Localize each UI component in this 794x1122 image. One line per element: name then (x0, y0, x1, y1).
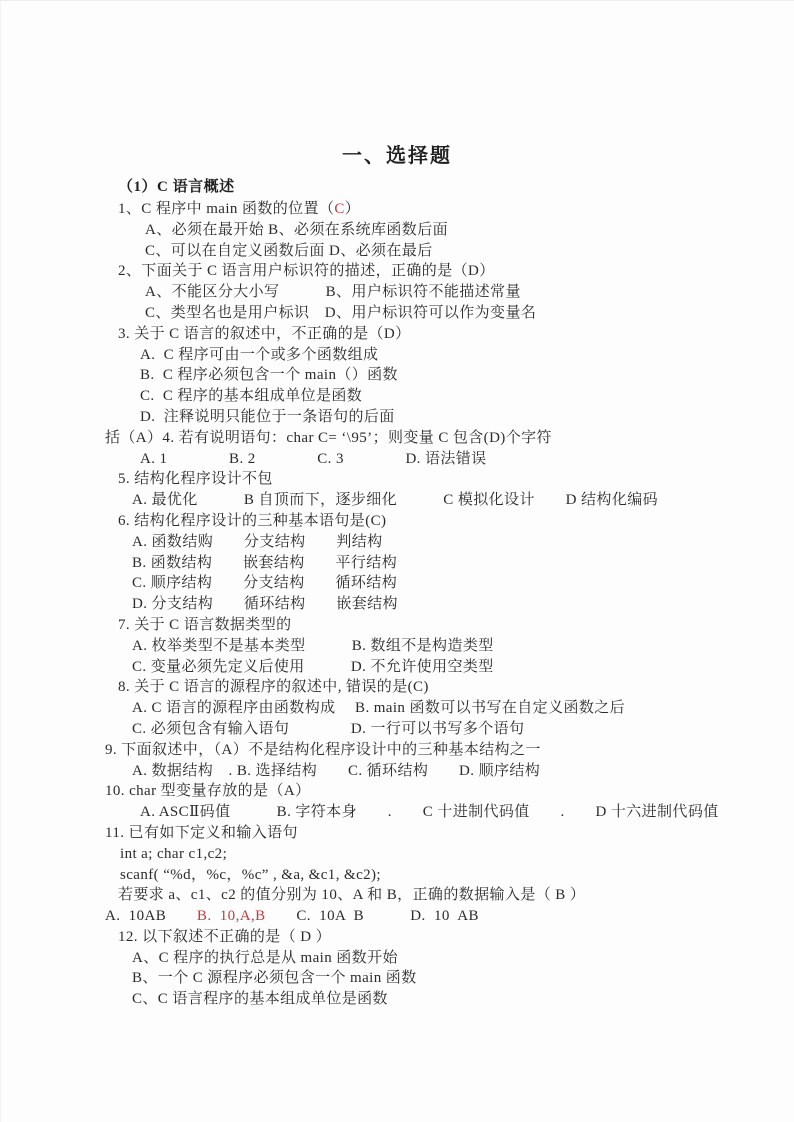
document-line: 7. 关于 C 语言数据类型的 (118, 615, 762, 636)
document-line: A. C 语言的源程序由函数构成 B. main 函数可以书写在自定义函数之后 (132, 698, 762, 719)
document-line: A、必须在最开始 B、必须在系统库函数后面 (145, 220, 762, 241)
document-line: A. 10AB B. 10,A,B C. 10A B D. 10 AB (105, 906, 762, 927)
document-line: 10. char 型变量存放的是（A） (105, 781, 762, 802)
document-line: A、C 程序的执行总是从 main 函数开始 (132, 948, 762, 969)
section-heading: （1）C 语言概述 (118, 177, 762, 198)
document-line: A. C 程序可由一个或多个函数组成 (140, 345, 762, 366)
line-text: 1、C 程序中 main 函数的位置（ (118, 201, 334, 217)
line-text: 括（A）4. 若有说明语句：char C= ‘\95’；则变量 C 包含(D)个… (105, 430, 552, 446)
line-text: 6. 结构化程序设计的三种基本语句是(C) (118, 513, 386, 529)
line-text: C. 10A B D. 10 AB (266, 908, 479, 924)
document-line: D. 分支结构 循环结构 嵌套结构 (132, 594, 762, 615)
line-text: A. 枚举类型不是基本类型 B. 数组不是构造类型 (132, 638, 494, 654)
line-text: B. 函数结构 嵌套结构 平行结构 (132, 555, 397, 571)
document-line: A. 最优化 B 自顶而下，逐步细化 C 模拟化设计 D 结构化编码 (132, 490, 762, 511)
line-text: A. 1 B. 2 C. 3 D. 语法错误 (140, 451, 487, 467)
line-text: A. 最优化 B 自顶而下，逐步细化 C 模拟化设计 D 结构化编码 (132, 492, 658, 508)
line-text: C. 必须包含有输入语句 D. 一行可以书写多个语句 (132, 721, 524, 737)
document-line: A. 函数结购 分支结构 判结构 (132, 532, 762, 553)
line-text: B. C 程序必须包含一个 main（）函数 (140, 367, 398, 383)
line-text: A. 函数结购 分支结构 判结构 (132, 534, 383, 550)
line-text: 7. 关于 C 语言数据类型的 (118, 617, 292, 633)
document-line: B. 函数结构 嵌套结构 平行结构 (132, 553, 762, 574)
line-text: A. C 语言的源程序由函数构成 B. main 函数可以书写在自定义函数之后 (132, 700, 625, 716)
document-line: A. ASCⅡ码值 B. 字符本身 . C 十进制代码值 . D 十六进制代码值 (140, 802, 762, 823)
document-line: 6. 结构化程序设计的三种基本语句是(C) (118, 511, 762, 532)
line-text: 8. 关于 C 语言的源程序的叙述中, 错误的是(C) (118, 679, 429, 695)
line-text: A. 10AB (105, 908, 197, 924)
answer-highlight: C (334, 201, 344, 217)
line-text: 2、下面关于 C 语言用户标识符的描述，正确的是（D） (118, 263, 495, 279)
document-line: A、不能区分大小写 B、用户标识符不能描述常量 (145, 282, 762, 303)
line-text: int a; char c1,c2; (120, 846, 227, 862)
document-line: 12. 以下叙述不正确的是（ D ） (118, 927, 762, 948)
document-line: B. C 程序必须包含一个 main（）函数 (140, 365, 762, 386)
line-text: A、C 程序的执行总是从 main 函数开始 (132, 950, 398, 966)
document-line: A. 1 B. 2 C. 3 D. 语法错误 (140, 449, 762, 470)
line-text: 9. 下面叙述中，（A）不是结构化程序设计中的三种基本结构之一 (105, 742, 541, 758)
document-line: 括（A）4. 若有说明语句：char C= ‘\95’；则变量 C 包含(D)个… (105, 428, 762, 449)
document-line: C. 必须包含有输入语句 D. 一行可以书写多个语句 (132, 719, 762, 740)
document-line: D. 注释说明只能位于一条语句的后面 (140, 407, 762, 428)
document-line: 若要求 a、c1、c2 的值分别为 10、A 和 B，正确的数据输入是（ B ） (118, 885, 762, 906)
line-text: C. 变量必须先定义后使用 D. 不允许使用空类型 (132, 659, 494, 675)
line-text: A. 数据结构 . B. 选择结构 C. 循环结构 D. 顺序结构 (132, 763, 540, 779)
line-text: D. 注释说明只能位于一条语句的后面 (140, 409, 395, 425)
document-line: C、可以在自定义函数后面 D、必须在最后 (145, 241, 762, 262)
line-text: A. C 程序可由一个或多个函数组成 (140, 347, 378, 363)
document-line: B、一个 C 源程序必须包含一个 main 函数 (132, 968, 762, 989)
line-text: 10. char 型变量存放的是（A） (105, 783, 311, 799)
line-text: A、必须在最开始 B、必须在系统库函数后面 (145, 222, 448, 238)
line-text: ） (345, 201, 360, 217)
document-line: C、类型名也是用户标识 D、用户标识符可以作为变量名 (145, 303, 762, 324)
page-title: 一、选择题 (0, 0, 794, 170)
line-text: 11. 已有如下定义和输入语句 (105, 825, 298, 841)
document-content: （1）C 语言概述 1、C 程序中 main 函数的位置（C）A、必须在最开始 … (118, 177, 762, 1010)
line-text: C、类型名也是用户标识 D、用户标识符可以作为变量名 (145, 305, 536, 321)
document-line: C. 顺序结构 分支结构 循环结构 (132, 573, 762, 594)
document-line: 2、下面关于 C 语言用户标识符的描述，正确的是（D） (118, 261, 762, 282)
line-text: C、可以在自定义函数后面 D、必须在最后 (145, 243, 433, 259)
line-text: C、C 语言程序的基本组成单位是函数 (132, 991, 388, 1007)
line-text: A、不能区分大小写 B、用户标识符不能描述常量 (145, 284, 521, 300)
document-line: 3. 关于 C 语言的叙述中，不正确的是（D） (118, 324, 762, 345)
line-text: A. ASCⅡ码值 B. 字符本身 . C 十进制代码值 . D 十六进制代码值 (140, 804, 719, 820)
line-text: B、一个 C 源程序必须包含一个 main 函数 (132, 970, 417, 986)
document-lines: 1、C 程序中 main 函数的位置（C）A、必须在最开始 B、必须在系统库函数… (118, 199, 762, 1010)
document-line: C. 变量必须先定义后使用 D. 不允许使用空类型 (132, 657, 762, 678)
document-line: 9. 下面叙述中，（A）不是结构化程序设计中的三种基本结构之一 (105, 740, 762, 761)
document-line: 5. 结构化程序设计不包 (118, 469, 762, 490)
document-line: A. 枚举类型不是基本类型 B. 数组不是构造类型 (132, 636, 762, 657)
line-text: 若要求 a、c1、c2 的值分别为 10、A 和 B，正确的数据输入是（ B ） (118, 887, 585, 903)
document-line: C、C 语言程序的基本组成单位是函数 (132, 989, 762, 1010)
line-text: D. 分支结构 循环结构 嵌套结构 (132, 596, 398, 612)
line-text: C. 顺序结构 分支结构 循环结构 (132, 575, 397, 591)
document-line: A. 数据结构 . B. 选择结构 C. 循环结构 D. 顺序结构 (132, 761, 762, 782)
document-line: 8. 关于 C 语言的源程序的叙述中, 错误的是(C) (118, 677, 762, 698)
document-line: C. C 程序的基本组成单位是函数 (140, 386, 762, 407)
document-page: 一、选择题 （1）C 语言概述 1、C 程序中 main 函数的位置（C）A、必… (0, 0, 794, 1122)
line-text: 5. 结构化程序设计不包 (118, 471, 273, 487)
answer-highlight: B. 10,A,B (197, 908, 266, 924)
line-text: scanf( “%d，%c，%c” , &a, &c1, &c2); (120, 867, 381, 883)
line-text: 3. 关于 C 语言的叙述中，不正确的是（D） (118, 326, 411, 342)
line-text: 12. 以下叙述不正确的是（ D ） (118, 929, 331, 945)
document-line: scanf( “%d，%c，%c” , &a, &c1, &c2); (120, 865, 762, 886)
document-line: 1、C 程序中 main 函数的位置（C） (118, 199, 762, 220)
document-line: int a; char c1,c2; (120, 844, 762, 865)
line-text: C. C 程序的基本组成单位是函数 (140, 388, 362, 404)
document-line: 11. 已有如下定义和输入语句 (105, 823, 762, 844)
